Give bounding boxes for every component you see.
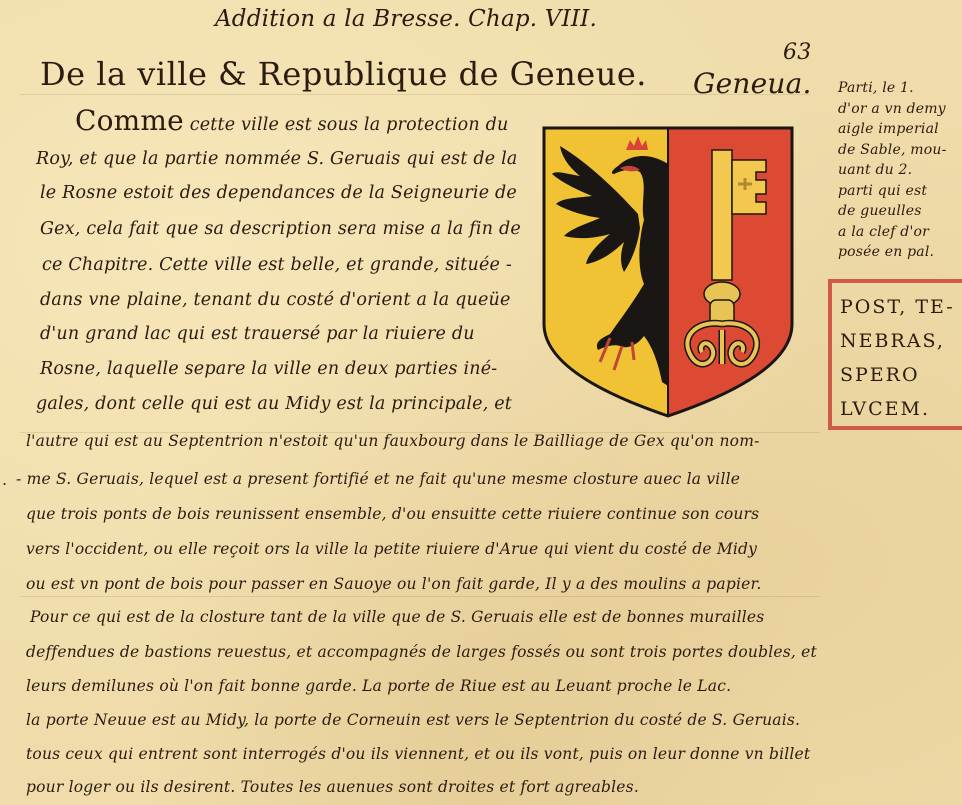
body-line: pour loger ou ils desirent. Toutes les a… [26, 778, 639, 796]
body-line: Roy, et que la partie nommée S. Geruais … [36, 149, 518, 169]
body-line: leurs demilunes où l'on fait bonne garde… [26, 677, 731, 695]
body-line: gales, dont celle qui est au Midy est la… [36, 394, 512, 414]
body-line: Pour ce qui est de la closture tant de l… [30, 608, 764, 626]
ruled-line [20, 596, 820, 597]
blazon-note: Parti, le 1. d'or a vn demy aigle imperi… [838, 78, 958, 263]
body-line: d'un grand lac qui est trauersé par la r… [40, 324, 475, 344]
body-line: dans vne plaine, tenant du costé d'orien… [40, 290, 511, 310]
body-line: la porte Neuue est au Midy, la porte de … [26, 711, 800, 729]
body-line: le Rosne estoit des dependances de la Se… [40, 183, 517, 203]
ruled-line [20, 94, 810, 95]
body-line: Comme cette ville est sous la protection… [75, 104, 508, 137]
initial-word: Comme [75, 104, 184, 137]
coat-of-arms-geneva [540, 124, 796, 420]
page-title-latin: Geneua. [693, 67, 812, 100]
page-title: De la ville & Republique de Geneue. [40, 55, 647, 93]
body-line: deffendues de bastions reuestus, et acco… [26, 643, 817, 661]
body-line: Gex, cela fait que sa description sera m… [40, 219, 521, 239]
body-line: tous ceux qui entrent sont interrogés d'… [26, 745, 810, 763]
running-head: Addition a la Bresse. Chap. VIII. [215, 6, 597, 32]
body-line: l'autre qui est au Septentrion n'estoit … [26, 432, 760, 450]
body-line: - me S. Geruais, lequel est a present fo… [16, 470, 740, 488]
body-line: Rosne, laquelle separe la ville en deux … [40, 359, 497, 379]
folio-number: 63 [783, 40, 811, 65]
body-line: que trois ponts de bois reunissent ensem… [26, 505, 759, 523]
body-line: ou est vn pont de bois pour passer en Sa… [26, 575, 762, 593]
body-line: ce Chapitre. Cette ville est belle, et g… [42, 255, 512, 275]
margin-dash: . [2, 470, 7, 489]
body-line: vers l'occident, ou elle reçoit ors la v… [26, 540, 757, 558]
motto: POST, TE- NEBRAS, SPERO LVCEM. [840, 290, 955, 426]
